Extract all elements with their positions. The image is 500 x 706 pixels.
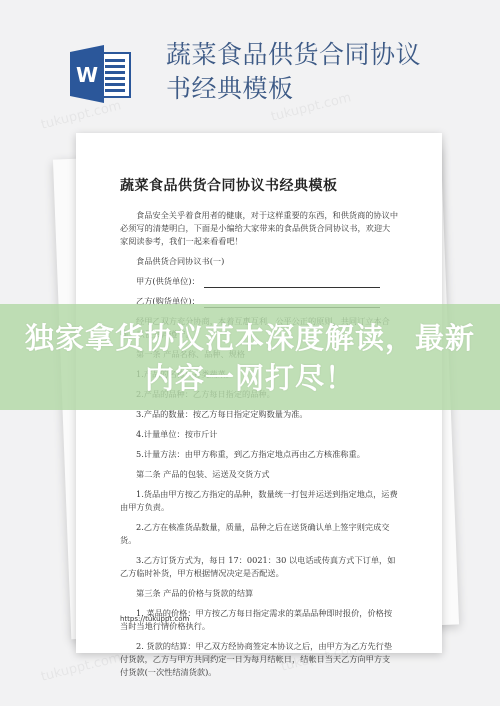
svg-text:W: W xyxy=(76,63,98,87)
article1-item: 5.计量方法：由甲方称重，到乙方指定地点再由乙方核准称重。 xyxy=(120,448,398,461)
article2-item: 3.乙方订货方式为，每日 17：0021：30 以电话或传真方式下订单，如乙方临… xyxy=(120,554,398,580)
headline-banner: 独家拿货协议范本深度解读，最新内容一网打尽！ xyxy=(0,304,500,410)
contract-subtitle: 食品供货合同协议书(一) xyxy=(120,255,398,268)
party-a-label: 甲方(供货单位)： xyxy=(136,275,200,288)
intro-paragraph: 食品安全关乎着食用者的健康，对于这样重要的东西，和供货商的协议中必须写的清楚明白… xyxy=(120,209,398,248)
headline-text: 独家拿货协议范本深度解读，最新内容一网打尽！ xyxy=(20,318,480,398)
party-a-blank xyxy=(204,278,380,288)
party-a-field: 甲方(供货单位)： xyxy=(136,275,398,288)
source-url[interactable]: https://tukuppt.com xyxy=(120,615,189,623)
header-title: 蔬菜食品供货合同协议 书经典模板 xyxy=(166,38,466,106)
article2-item: 1.货品由甲方按乙方指定的品种，数量统一打包并运送到指定地点，运费由甲方负责。 xyxy=(120,488,398,514)
word-document-icon: W xyxy=(68,44,136,104)
document-title: 蔬菜食品供货合同协议书经典模板 xyxy=(120,175,338,195)
article3-title: 第三条 产品的价格与货款的结算 xyxy=(120,587,398,600)
watermark: tukuppt.com xyxy=(39,650,122,684)
article2-title: 第二条 产品的包装、运送及交货方式 xyxy=(120,468,398,481)
article2-item: 2.乙方在核准货品数量，质量，品种之后在送货确认单上签字则完成交货。 xyxy=(120,521,398,547)
header-title-line1: 蔬菜食品供货合同协议 xyxy=(166,38,466,72)
article1-item: 4.计量单位：按市斤计 xyxy=(120,428,398,441)
